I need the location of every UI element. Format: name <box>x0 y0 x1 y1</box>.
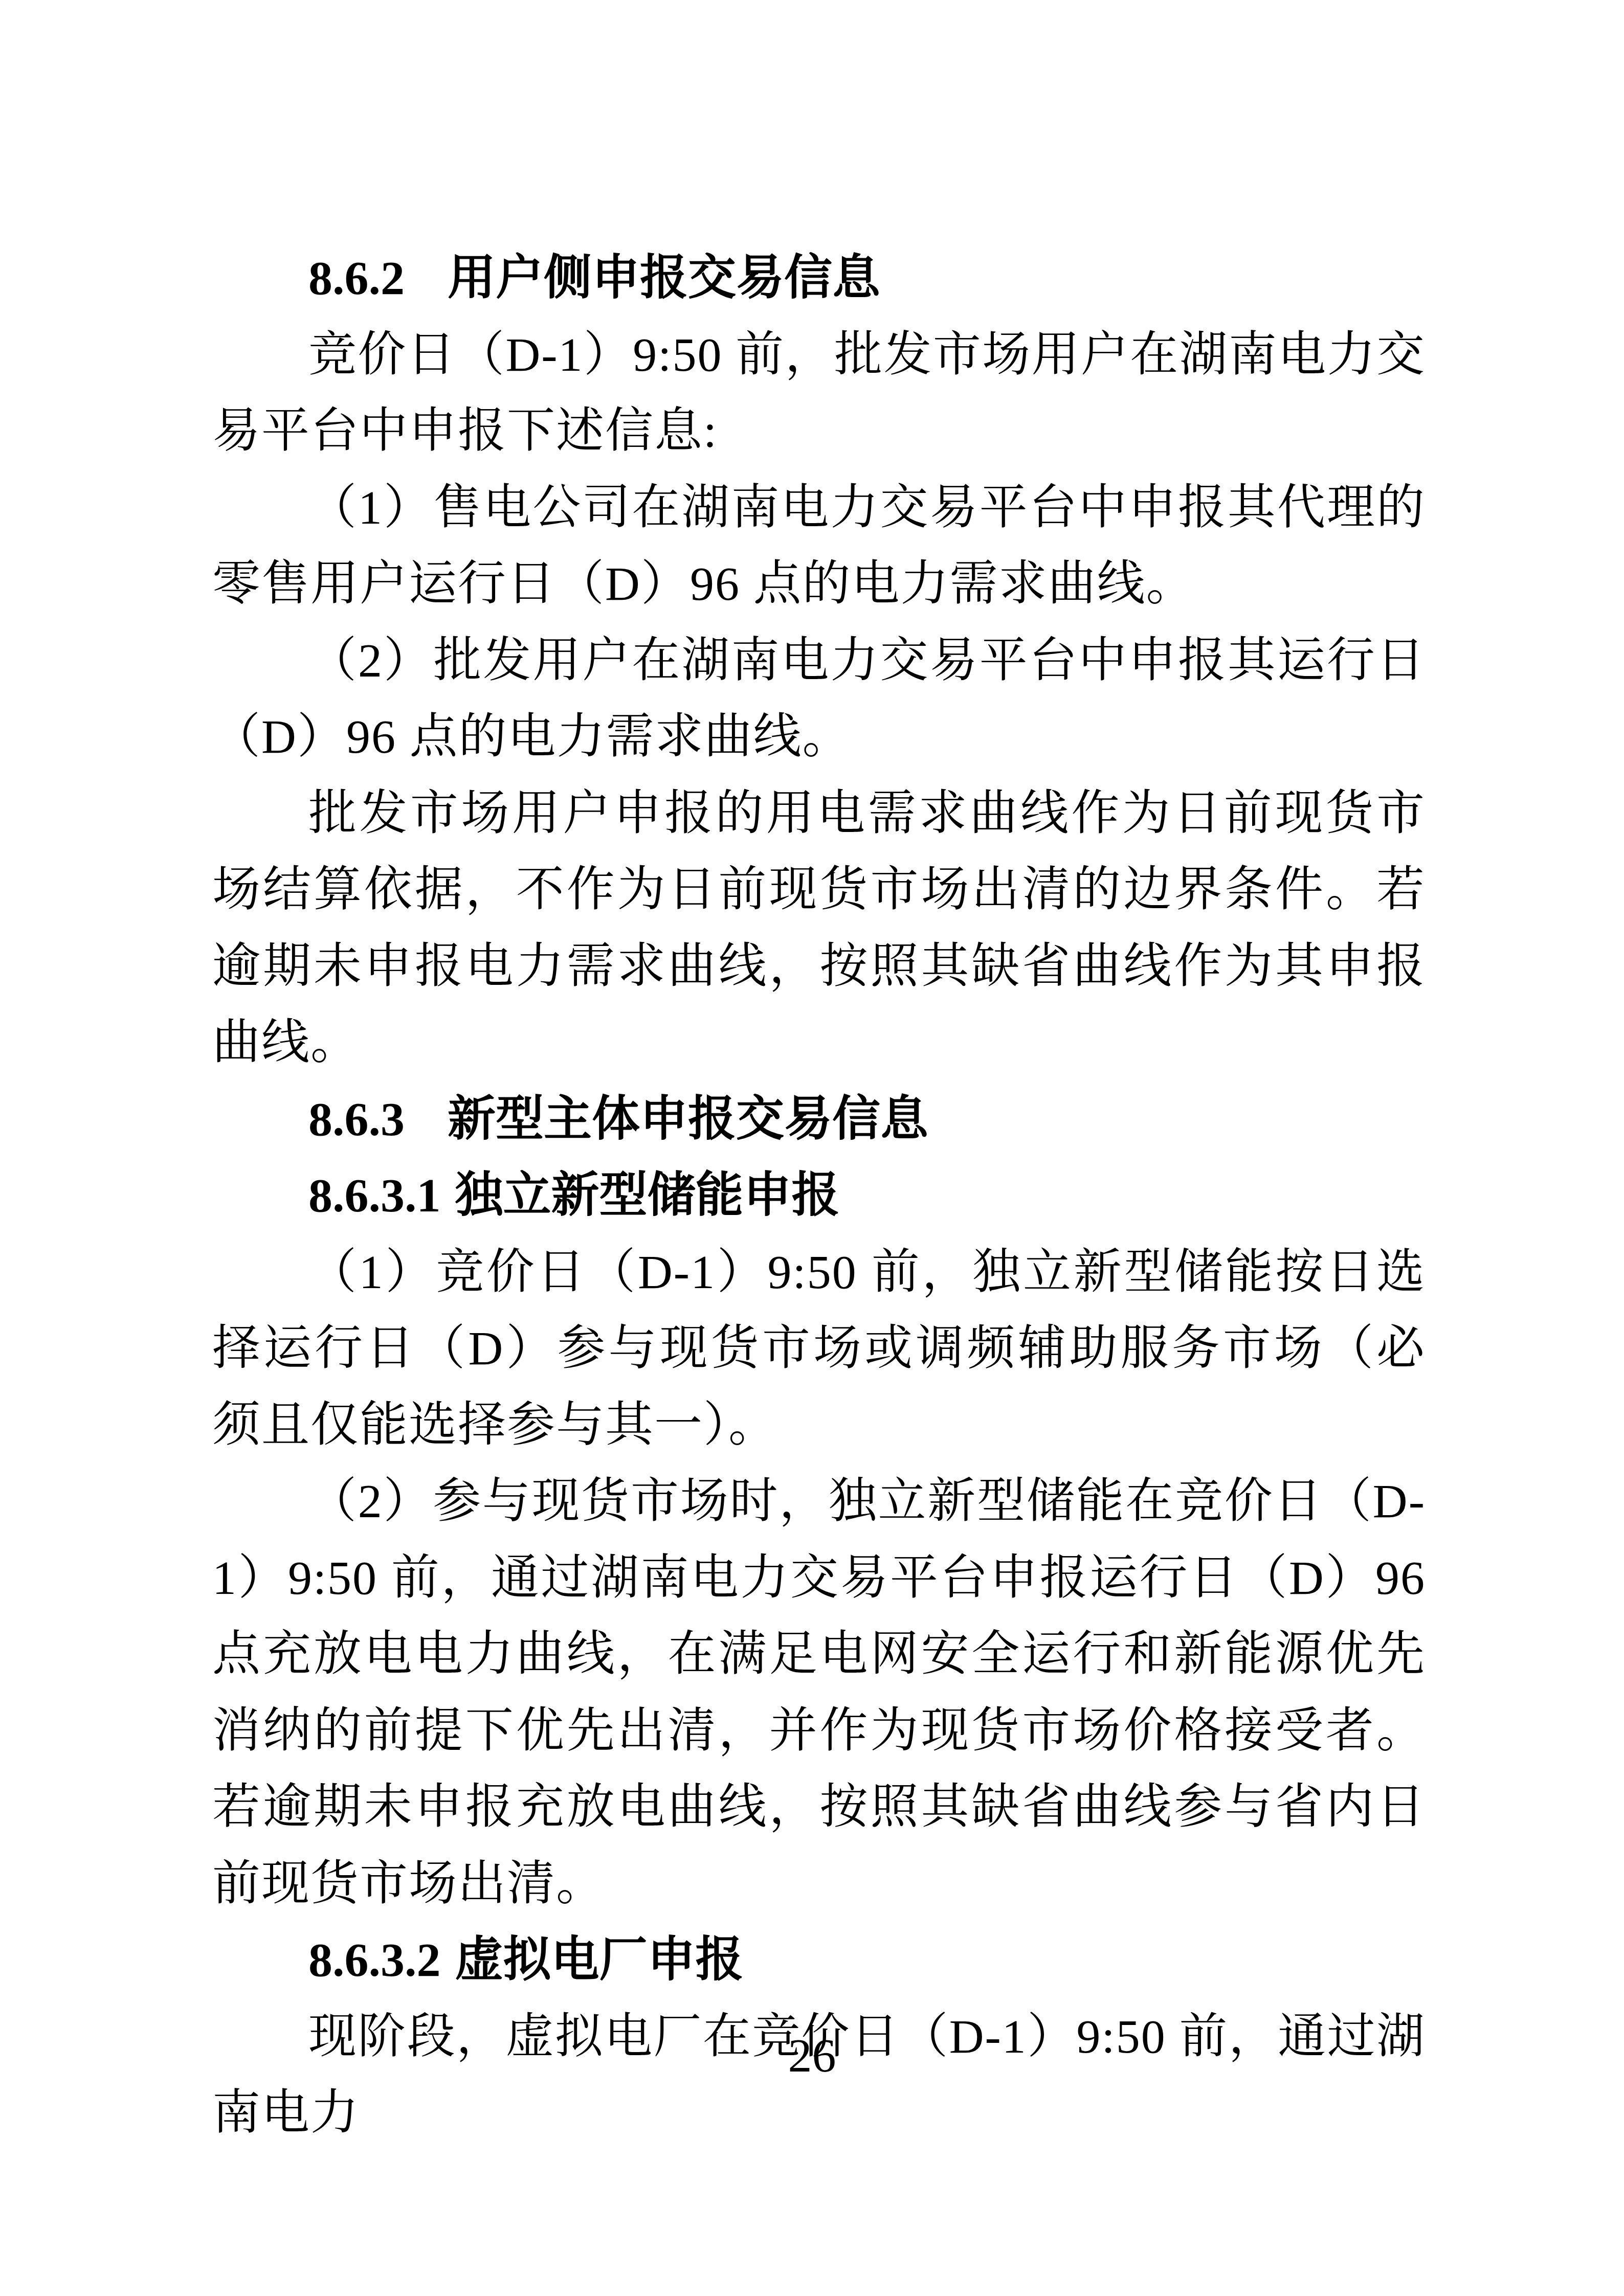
paragraph: 批发市场用户申报的用电需求曲线作为日前现货市场结算依据，不作为日前现货市场出清的… <box>212 776 1426 1082</box>
paragraph: （2）批发用户在湖南电力交易平台中申报其运行日（D）96 点的电力需求曲线。 <box>212 623 1426 776</box>
page-number: 26 <box>0 2020 1624 2091</box>
section-title: 虚拟电厂申报 <box>455 1933 744 1987</box>
section-heading-8-6-3-2: 8.6.3.2虚拟电厂申报 <box>212 1922 1426 1999</box>
section-number: 8.6.3 <box>308 1082 448 1158</box>
paragraph: （2）参与现货市场时，独立新型储能在竞价日（D-1）9:50 前，通过湖南电力交… <box>212 1464 1426 1922</box>
paragraph: 竞价日（D-1）9:50 前，批发市场用户在湖南电力交易平台中申报下述信息: <box>212 317 1426 470</box>
paragraph: （1）竞价日（D-1）9:50 前，独立新型储能按日选择运行日（D）参与现货市场… <box>212 1234 1426 1464</box>
section-number: 8.6.3.1 <box>308 1158 441 1234</box>
section-heading-8-6-2: 8.6.2用户侧申报交易信息 <box>212 240 1426 317</box>
section-number: 8.6.3.2 <box>308 1922 441 1999</box>
section-title: 新型主体申报交易信息 <box>448 1093 928 1146</box>
section-title: 独立新型储能申报 <box>455 1169 840 1222</box>
document-page: 8.6.2用户侧申报交易信息 竞价日（D-1）9:50 前，批发市场用户在湖南电… <box>212 240 1426 2152</box>
section-heading-8-6-3-1: 8.6.3.1独立新型储能申报 <box>212 1158 1426 1234</box>
section-title: 用户侧申报交易信息 <box>448 252 880 305</box>
paragraph: （1）售电公司在湖南电力交易平台中申报其代理的零售用户运行日（D）96 点的电力… <box>212 470 1426 623</box>
section-heading-8-6-3: 8.6.3新型主体申报交易信息 <box>212 1082 1426 1158</box>
section-number: 8.6.2 <box>308 240 448 317</box>
